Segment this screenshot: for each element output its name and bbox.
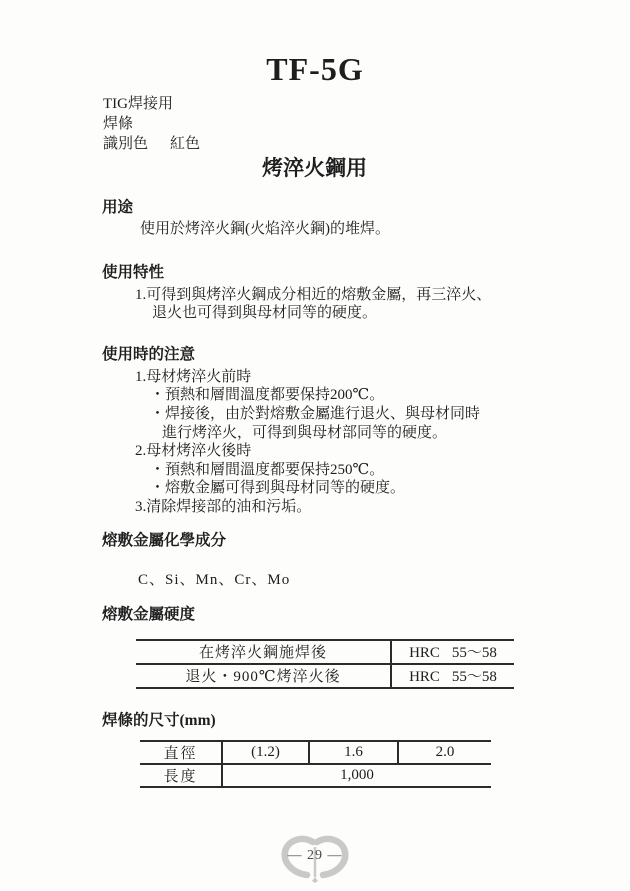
hardness-condition-cell: 退火・900℃烤淬火後 [136, 664, 391, 688]
length-value-cell: 1,000 [222, 764, 491, 787]
product-form: 焊條 [103, 114, 630, 134]
hardness-range: 55～58 [452, 645, 497, 661]
size-table-row: 長度 1,000 [140, 764, 491, 787]
hardness-scale: HRC [409, 645, 440, 661]
characteristics-line: 1.可得到與烤淬火鋼成分相近的熔敷金屬，再三淬火、 [135, 286, 630, 305]
diameter-value-cell: (1.2) [222, 741, 309, 764]
identification-color-value: 紅色 [170, 136, 200, 152]
hardness-value-cell: HRC55～58 [391, 640, 514, 664]
hardness-value-cell: HRC55～58 [391, 664, 514, 688]
length-label-cell: 長度 [140, 764, 222, 787]
chemical-composition-heading: 熔敷金屬化學成分 [102, 531, 630, 550]
footer-emblem-wrap: — 29 — [273, 831, 357, 885]
usage-body: 使用於烤淬火鋼(火焰淬火鋼)的堆焊。 [140, 220, 630, 239]
precaution-line: 2.母材烤淬火後時 [135, 442, 630, 461]
footer-right-dash: — [328, 848, 343, 863]
chemical-elements: C、Si、Mn、Cr、Mo [138, 568, 630, 589]
hardness-heading: 熔敷金屬硬度 [102, 605, 630, 624]
dimensions-heading: 焊條的尺寸(mm) [102, 711, 630, 730]
precaution-line: ・預熱和層間溫度都要保持250℃。 [150, 461, 630, 480]
precaution-line: 1.母材烤淬火前時 [135, 368, 630, 387]
precaution-line: ・熔敷金屬可得到與母材同等的硬度。 [150, 479, 630, 498]
size-table-row: 直徑 (1.2) 1.6 2.0 [140, 741, 491, 764]
precautions-heading: 使用時的注意 [102, 345, 630, 364]
precaution-line: 進行烤淬火，可得到與母材部同等的硬度。 [162, 424, 630, 443]
product-info: TIG焊接用 焊條 識別色紅色 [103, 94, 630, 154]
datasheet-page: TF-5G TIG焊接用 焊條 識別色紅色 烤淬火鋼用 用途 使用於烤淬火鋼(火… [0, 0, 630, 891]
precautions-list: 1.母材烤淬火前時 ・預熱和層間溫度都要保持200℃。 ・焊接後，由於對熔敷金屬… [0, 368, 630, 517]
diameter-value-cell: 2.0 [398, 741, 491, 764]
precaution-line: 3.清除焊接部的油和污垢。 [135, 498, 630, 517]
precaution-line: ・焊接後，由於對熔敷金屬進行退火、與母材同時 [150, 405, 630, 424]
footer-left-dash: — [288, 848, 303, 863]
hardness-table: 在烤淬火鋼施焊後 HRC55～58 退火・900℃烤淬火後 HRC55～58 [136, 639, 514, 689]
diameter-label-cell: 直徑 [140, 741, 222, 764]
precaution-line: ・預熱和層間溫度都要保持200℃。 [150, 386, 630, 405]
page-footer: — 29 — [0, 831, 630, 885]
hardness-range: 55～58 [452, 669, 497, 685]
hardness-table-row: 退火・900℃烤淬火後 HRC55～58 [136, 664, 514, 688]
hardness-table-row: 在烤淬火鋼施焊後 HRC55～58 [136, 640, 514, 664]
application-subtitle: 烤淬火鋼用 [262, 155, 630, 182]
diameter-value-cell: 1.6 [309, 741, 398, 764]
product-usage-type: TIG焊接用 [103, 94, 630, 114]
characteristics-heading: 使用特性 [102, 263, 630, 282]
page-number: — 29 — [273, 848, 357, 864]
footer-page-number: 29 [307, 848, 323, 863]
hardness-condition-cell: 在烤淬火鋼施焊後 [136, 640, 391, 664]
characteristics-line: 退火也可得到與母材同等的硬度。 [152, 304, 630, 323]
page-title: TF-5G [0, 0, 630, 88]
identification-color-label: 識別色 [103, 136, 148, 152]
hardness-scale: HRC [409, 669, 440, 685]
identification-color-line: 識別色紅色 [103, 134, 630, 154]
size-table: 直徑 (1.2) 1.6 2.0 長度 1,000 [140, 740, 491, 788]
usage-heading: 用途 [102, 198, 630, 217]
